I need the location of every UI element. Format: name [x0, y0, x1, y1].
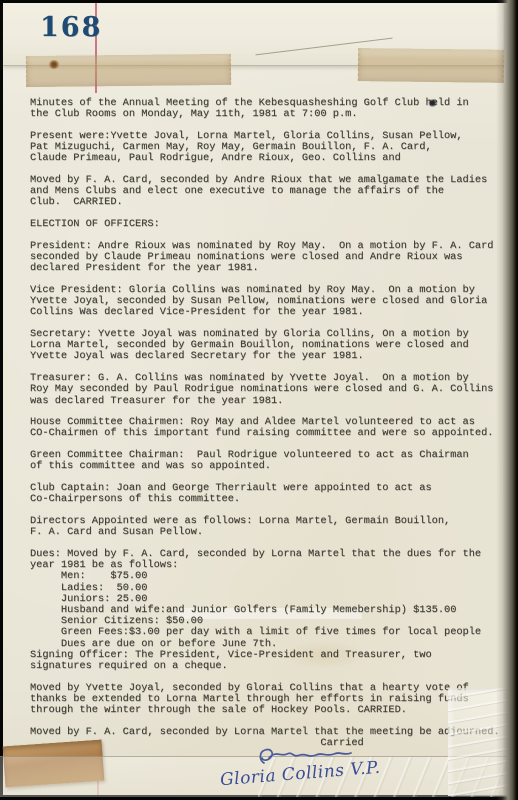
paragraph: Club Captain: Joan and George Therriault… — [30, 483, 510, 505]
ink-smudge — [428, 99, 437, 107]
tape-top-left — [26, 54, 231, 87]
paragraph: Directors Appointed were as follows: Lor… — [30, 516, 510, 538]
tape-stain-spot — [48, 60, 60, 69]
scanned-minutes-page: 168 Minutes of the Annual Meeting of the… — [0, 0, 518, 800]
paragraph: Moved by F. A. Card, seconded by Andre R… — [30, 175, 510, 209]
paragraph: Minutes of the Annual Meeting of the Keb… — [30, 98, 510, 120]
paragraph: House Committee Chairmen: Roy May and Al… — [30, 417, 510, 439]
paragraph: Vice President: Gloria Collins was nomin… — [30, 285, 510, 319]
tape-top-right — [358, 48, 504, 83]
paragraph: Treasurer: G. A. Collins was nominated b… — [30, 373, 510, 407]
page-right-edge-shadow — [496, 0, 518, 800]
paragraph: Present were:Yvette Joval, Lorna Martel,… — [30, 131, 510, 165]
paragraph: Secretary: Yvette Joyal was nominated by… — [30, 329, 510, 363]
paragraph: Green Committee Chairman: Paul Rodrigue … — [30, 450, 510, 472]
page-number: 168 — [40, 12, 102, 43]
typed-minutes-text: Minutes of the Annual Meeting of the Keb… — [30, 98, 510, 760]
section-heading: ELECTION OF OFFICERS: — [30, 219, 510, 230]
paragraph: Moved by Yvette Joyal, seconded by Glora… — [30, 683, 510, 717]
paragraph: President: Andre Rioux was nominated by … — [30, 241, 510, 275]
paragraph: Dues: Moved by F. A. Card, seconded by L… — [30, 549, 510, 672]
